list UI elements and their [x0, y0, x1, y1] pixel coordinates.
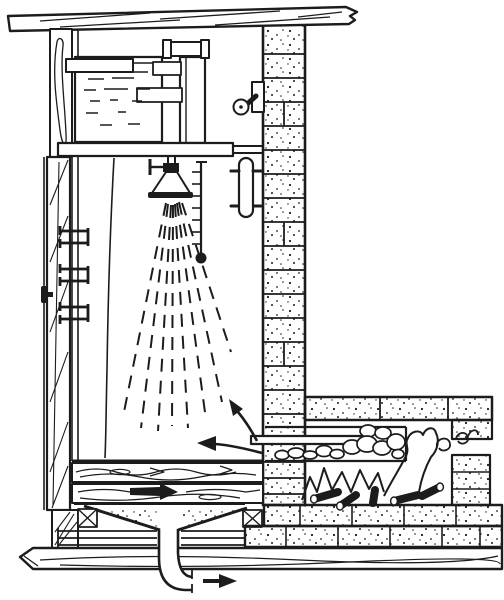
chimney-column: brick chimney column — [263, 24, 305, 505]
damper-handle: chimney damper handle — [231, 158, 261, 217]
banya-cross-section-drawing: brick chimney column roof plank left fra… — [0, 0, 504, 600]
floor-planks: wooden floor planks — [72, 461, 263, 503]
drain-flow-arrow — [219, 574, 237, 588]
diagram-canvas: brick chimney column roof plank left fra… — [0, 0, 504, 600]
chimney-latch-knob: chimney latch knob — [234, 82, 265, 115]
tank-lid — [66, 59, 133, 72]
pipe-bracket — [137, 88, 182, 102]
shower-head: shower valve and sprinkler cone — [148, 156, 193, 198]
firewood-logs — [314, 487, 440, 506]
water-spray: water spray — [124, 202, 231, 431]
inner-wall-line — [105, 158, 114, 458]
thermometer: thermometer — [192, 162, 207, 264]
tank-shelf — [58, 143, 233, 156]
water-tank: water tank with heater pipe and filler l… — [58, 40, 263, 156]
heater-pipe — [180, 57, 205, 143]
ground-plank: ground sill plank — [20, 548, 502, 569]
